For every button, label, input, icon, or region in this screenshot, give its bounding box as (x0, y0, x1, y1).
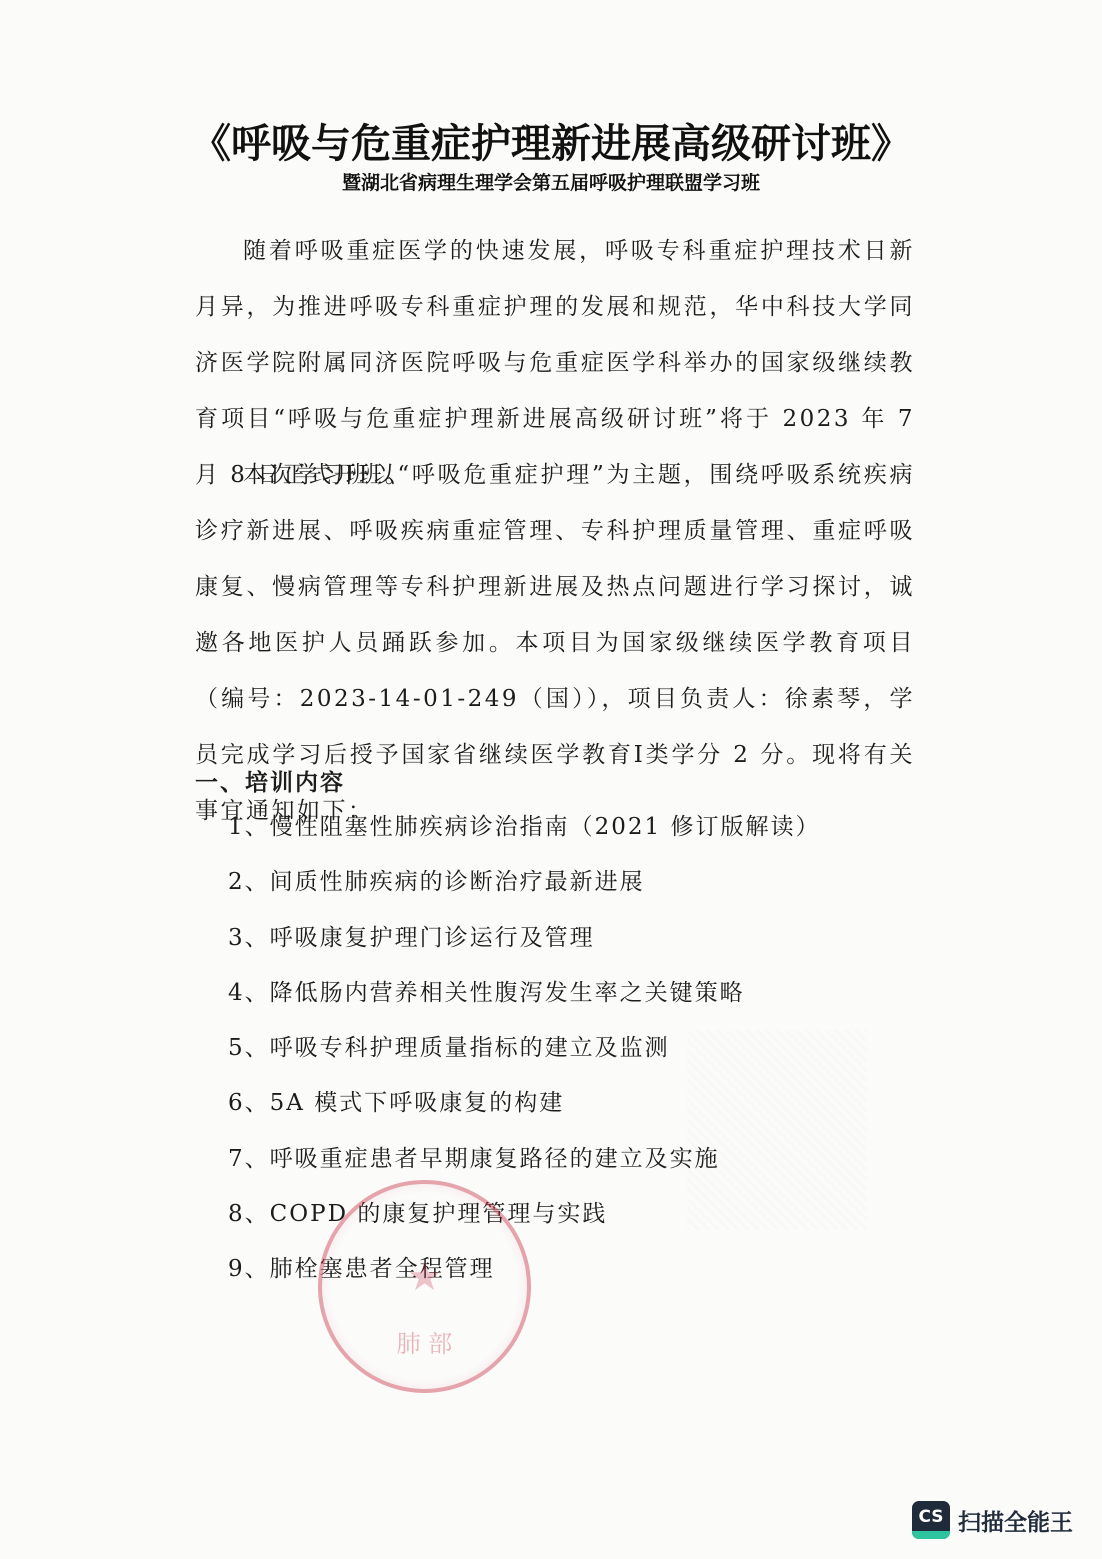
official-red-seal: ★ 肺 部 (318, 1180, 531, 1393)
seal-star-icon: ★ (322, 1254, 527, 1300)
training-item: 3、呼吸康复护理门诊运行及管理 (228, 911, 820, 966)
document-title: 《呼吸与危重症护理新进展高级研讨班》 (0, 112, 1102, 169)
seal-text: 肺 部 (322, 1324, 527, 1359)
document-subtitle: 暨湖北省病理生理学会第五届呼吸护理联盟学习班 (0, 168, 1102, 195)
section-heading-training-content: 一、培训内容 (195, 764, 345, 797)
training-item: 7、呼吸重症患者早期康复路径的建立及实施 (228, 1132, 820, 1187)
training-items-list: 1、慢性阻塞性肺疾病诊治指南（2021 修订版解读） 2、间质性肺疾病的诊断治疗… (228, 800, 820, 1298)
training-item: 4、降低肠内营养相关性腹泻发生率之关键策略 (228, 966, 820, 1021)
training-item: 1、慢性阻塞性肺疾病诊治指南（2021 修订版解读） (228, 800, 820, 855)
training-item: 2、间质性肺疾病的诊断治疗最新进展 (228, 855, 820, 910)
camscanner-app-name: 扫描全能王 (958, 1504, 1073, 1537)
camscanner-logo-icon: CS (912, 1501, 950, 1539)
training-item: 5、呼吸专科护理质量指标的建立及监测 (228, 1021, 820, 1076)
camscanner-watermark: CS 扫描全能王 (912, 1500, 1073, 1540)
training-item: 8、COPD 的康复护理管理与实践 (228, 1187, 820, 1242)
training-item: 6、5A 模式下呼吸康复的构建 (228, 1076, 820, 1131)
scanned-document-page: 《呼吸与危重症护理新进展高级研讨班》 暨湖北省病理生理学会第五届呼吸护理联盟学习… (0, 0, 1102, 1559)
